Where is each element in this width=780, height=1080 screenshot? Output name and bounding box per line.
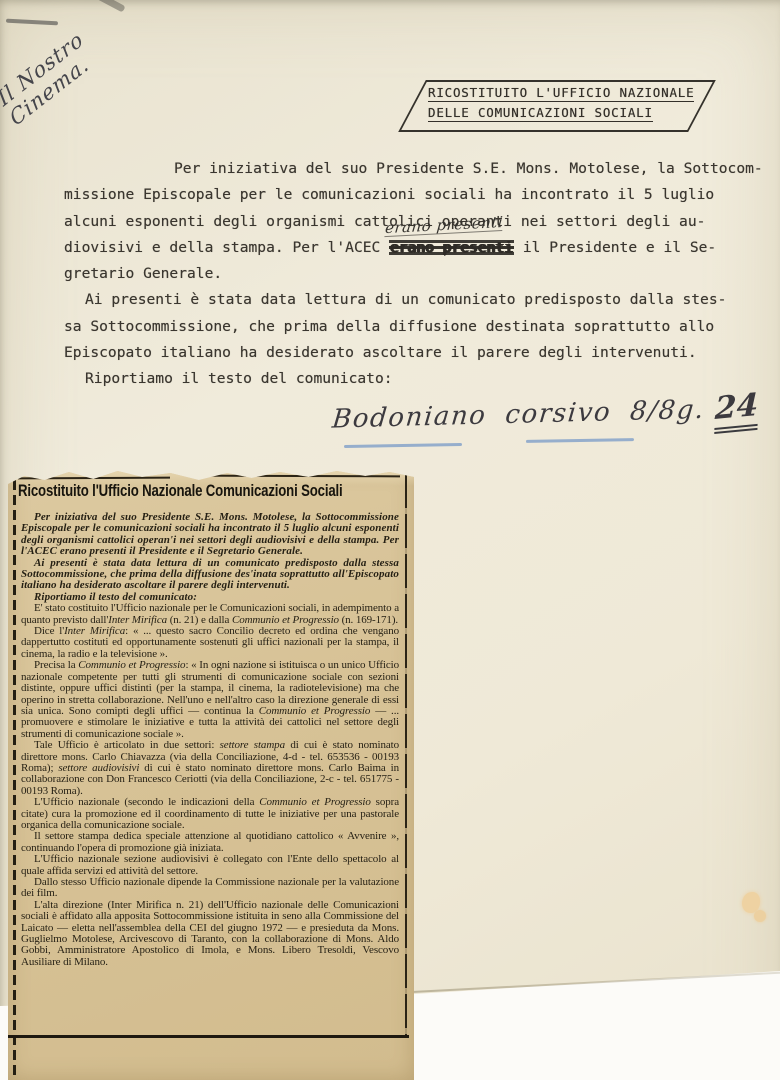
typed-line: gretario Generale.	[64, 261, 744, 287]
typed-line: sa Sottocommissione, che prima della dif…	[64, 314, 744, 340]
typewritten-body: Per iniziativa del suo Presidente S.E. M…	[64, 156, 744, 393]
typed-line: missione Episcopale per le comunicazioni…	[64, 182, 744, 208]
clipping-paragraph: Precisa la Communio et Progressio: « In …	[21, 660, 399, 740]
typed-line-post: il Presidente e il Se-	[514, 239, 716, 256]
scanned-document: { "corner_note": { "line1": "Il Nostro",…	[0, 0, 780, 1080]
clipping-paragraph: Per iniziativa del suo Presidente S.E. M…	[21, 512, 399, 558]
clipping-paragraph: Dallo stesso Ufficio nazionale dipende l…	[21, 877, 399, 900]
typed-line: Episcopato italiano ha desiderato ascolt…	[64, 340, 744, 366]
clipping-paragraph: Tale Ufficio è articolato in due settori…	[21, 740, 399, 797]
struck-words: erano presenti	[390, 239, 513, 256]
clipping-paragraph: L'Ufficio nazionale sezione audiovisivi …	[21, 854, 399, 877]
clipping-paragraph: Il settore stampa dedica speciale attenz…	[21, 831, 399, 854]
typeset-note-number: 24	[714, 387, 758, 434]
typed-line: Riportiamo il testo del comunicato:	[64, 366, 744, 392]
typed-header-line1: RICOSTITUITO L'UFFICIO NAZIONALE	[428, 85, 694, 102]
typed-line-pre: diovisivi e della stampa. Per l'ACEC	[64, 239, 389, 256]
typed-line: Ai presenti è stata data lettura di un c…	[64, 287, 744, 313]
typed-line: Per iniziativa del suo Presidente S.E. M…	[64, 156, 744, 182]
clipping-right-border	[405, 474, 407, 1036]
clipping-paragraph: Dice l'Inter Mirifica: « ... questo sacr…	[21, 626, 399, 660]
newspaper-clipping: Ricostituito l'Ufficio Nazionale Comunic…	[8, 468, 414, 1080]
strikethrough-text: erano presentierano presenti	[389, 235, 514, 261]
clipping-paragraph: Ai presenti è stata data lettura di un c…	[21, 558, 399, 592]
clipping-paragraph: E' stato costituito l'Ufficio nazionale …	[21, 603, 399, 626]
typed-line: diovisivi e della stampa. Per l'ACEC era…	[64, 235, 744, 261]
clipping-bottom-rule	[8, 1035, 409, 1038]
typed-header-line2: DELLE COMUNICAZIONI SOCIALI	[428, 105, 653, 122]
clipping-headline: Ricostituito l'Ufficio Nazionale Comunic…	[18, 482, 343, 501]
clipping-paragraph: L'Ufficio nazionale (secondo le indicazi…	[21, 797, 399, 831]
clipping-paragraph: L'alta direzione (Inter Mirifica n. 21) …	[21, 900, 399, 968]
typeset-note-text: Bodoniano corsivo 8/8g.	[331, 395, 707, 435]
clipping-left-border	[13, 480, 16, 1080]
paper-stain	[754, 910, 766, 922]
clipping-body: Per iniziativa del suo Presidente S.E. M…	[21, 512, 399, 1034]
